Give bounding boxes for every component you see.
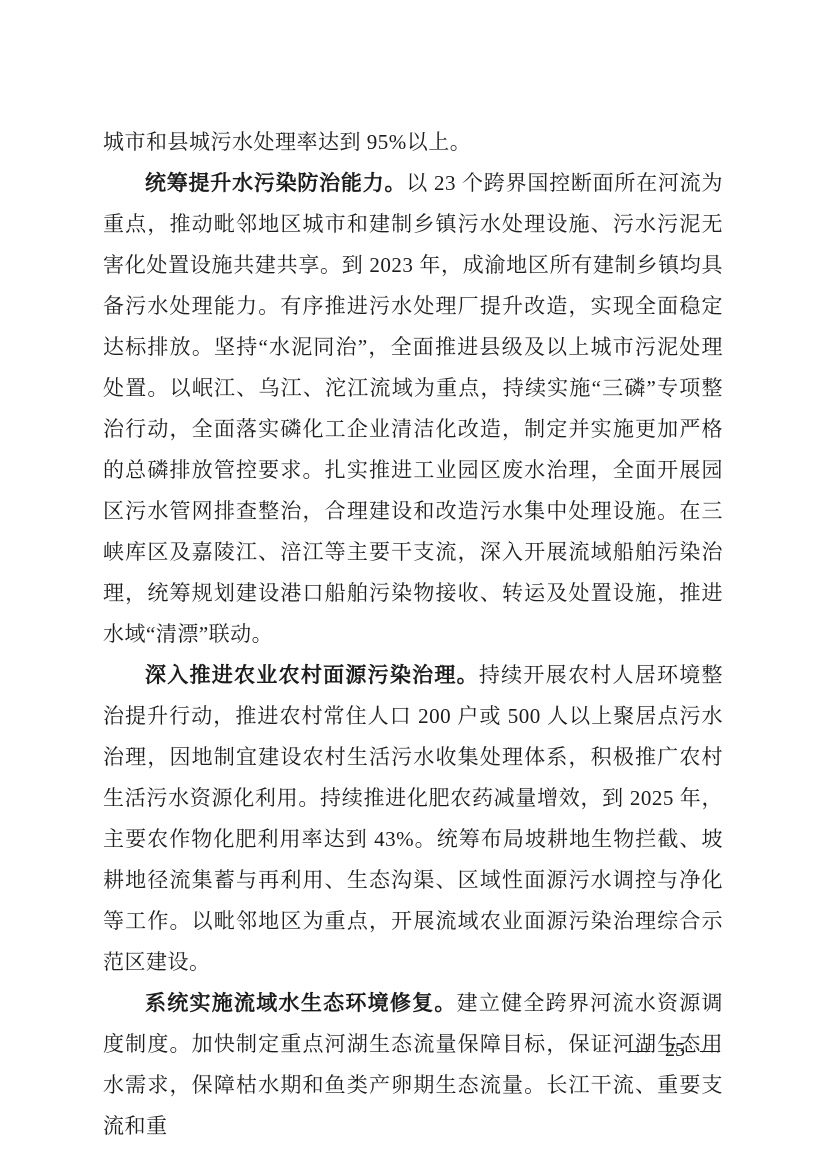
paragraph-body: 以 23 个跨界国控断面所在河流为重点，推动毗邻地区城市和建制乡镇污水处理设施、… [103, 171, 723, 646]
paragraph-body: 持续开展农村人居环境整治提升行动，推进农村常住人口 200 户或 500 人以上… [103, 663, 723, 974]
document-page: 城市和县城污水处理率达到 95%以上。 统筹提升水污染防治能力。以 23 个跨界… [0, 0, 826, 1169]
paragraph-lead: 统筹提升水污染防治能力。 [145, 171, 406, 195]
paragraph-watershed-eco-restoration: 系统实施流域水生态环境修复。建立健全跨界河流水资源调度制度。加快制定重点河湖生态… [103, 983, 723, 1147]
paragraph-lead: 深入推进农业农村面源污染治理。 [145, 663, 479, 687]
page-number: — 25 — [630, 1036, 720, 1064]
paragraph-water-pollution-prevention: 统筹提升水污染防治能力。以 23 个跨界国控断面所在河流为重点，推动毗邻地区城市… [103, 163, 723, 655]
paragraph-body: 城市和县城污水处理率达到 95%以上。 [103, 130, 471, 154]
document-body: 城市和县城污水处理率达到 95%以上。 统筹提升水污染防治能力。以 23 个跨界… [103, 122, 723, 1147]
paragraph-lead: 系统实施流域水生态环境修复。 [145, 991, 457, 1015]
paragraph-continuation: 城市和县城污水处理率达到 95%以上。 [103, 122, 723, 163]
paragraph-rural-nonpoint-pollution: 深入推进农业农村面源污染治理。持续开展农村人居环境整治提升行动，推进农村常住人口… [103, 655, 723, 983]
